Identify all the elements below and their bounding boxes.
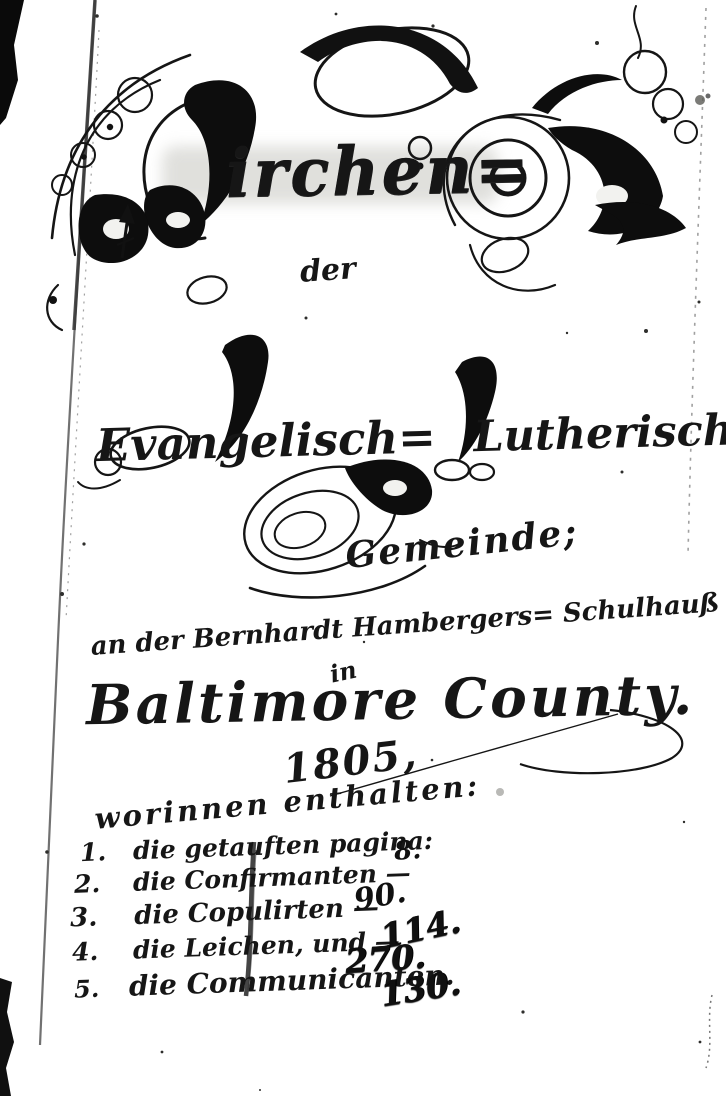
list-item-value: 130. (378, 966, 463, 1011)
list-item-number: 4. (72, 939, 99, 965)
list-item-number: 5. (74, 977, 100, 1002)
line-location: an der Bernhardt Hambergers= Schulhauß (90, 590, 720, 660)
word-gemeinde: Gemeinde; (344, 514, 580, 574)
list-item: 3. die Copulirten — (70, 895, 380, 932)
list-item-label: die Copulirten — (134, 893, 380, 932)
word-der: der (299, 254, 357, 288)
word-lutherischen: Lutherischen (473, 404, 726, 462)
word-evangelisch: Evangelisch= (95, 410, 436, 472)
title-kirchen-segment: irchen= (225, 136, 532, 208)
flourish-capital-g (230, 448, 462, 597)
line-baltimore-county: Baltimore County. (86, 667, 696, 733)
list-item-number: 2. (74, 871, 101, 897)
list-item-value: 90. (352, 878, 409, 917)
contents-list: 1. die getauften pagina: 2. die Confirma… (62, 830, 542, 1045)
list-item-number: 3. (70, 904, 98, 931)
list-item-number: 1. (80, 839, 107, 865)
line-evangelisch-lutherischen: Evangelisch= Lutherischen (96, 405, 726, 469)
arrow-pen-mark (117, 204, 135, 258)
list-item-value: 8. (393, 837, 422, 865)
manuscript-page: irchen= der Evangelisch= Lutherischen Ge… (0, 0, 726, 1096)
